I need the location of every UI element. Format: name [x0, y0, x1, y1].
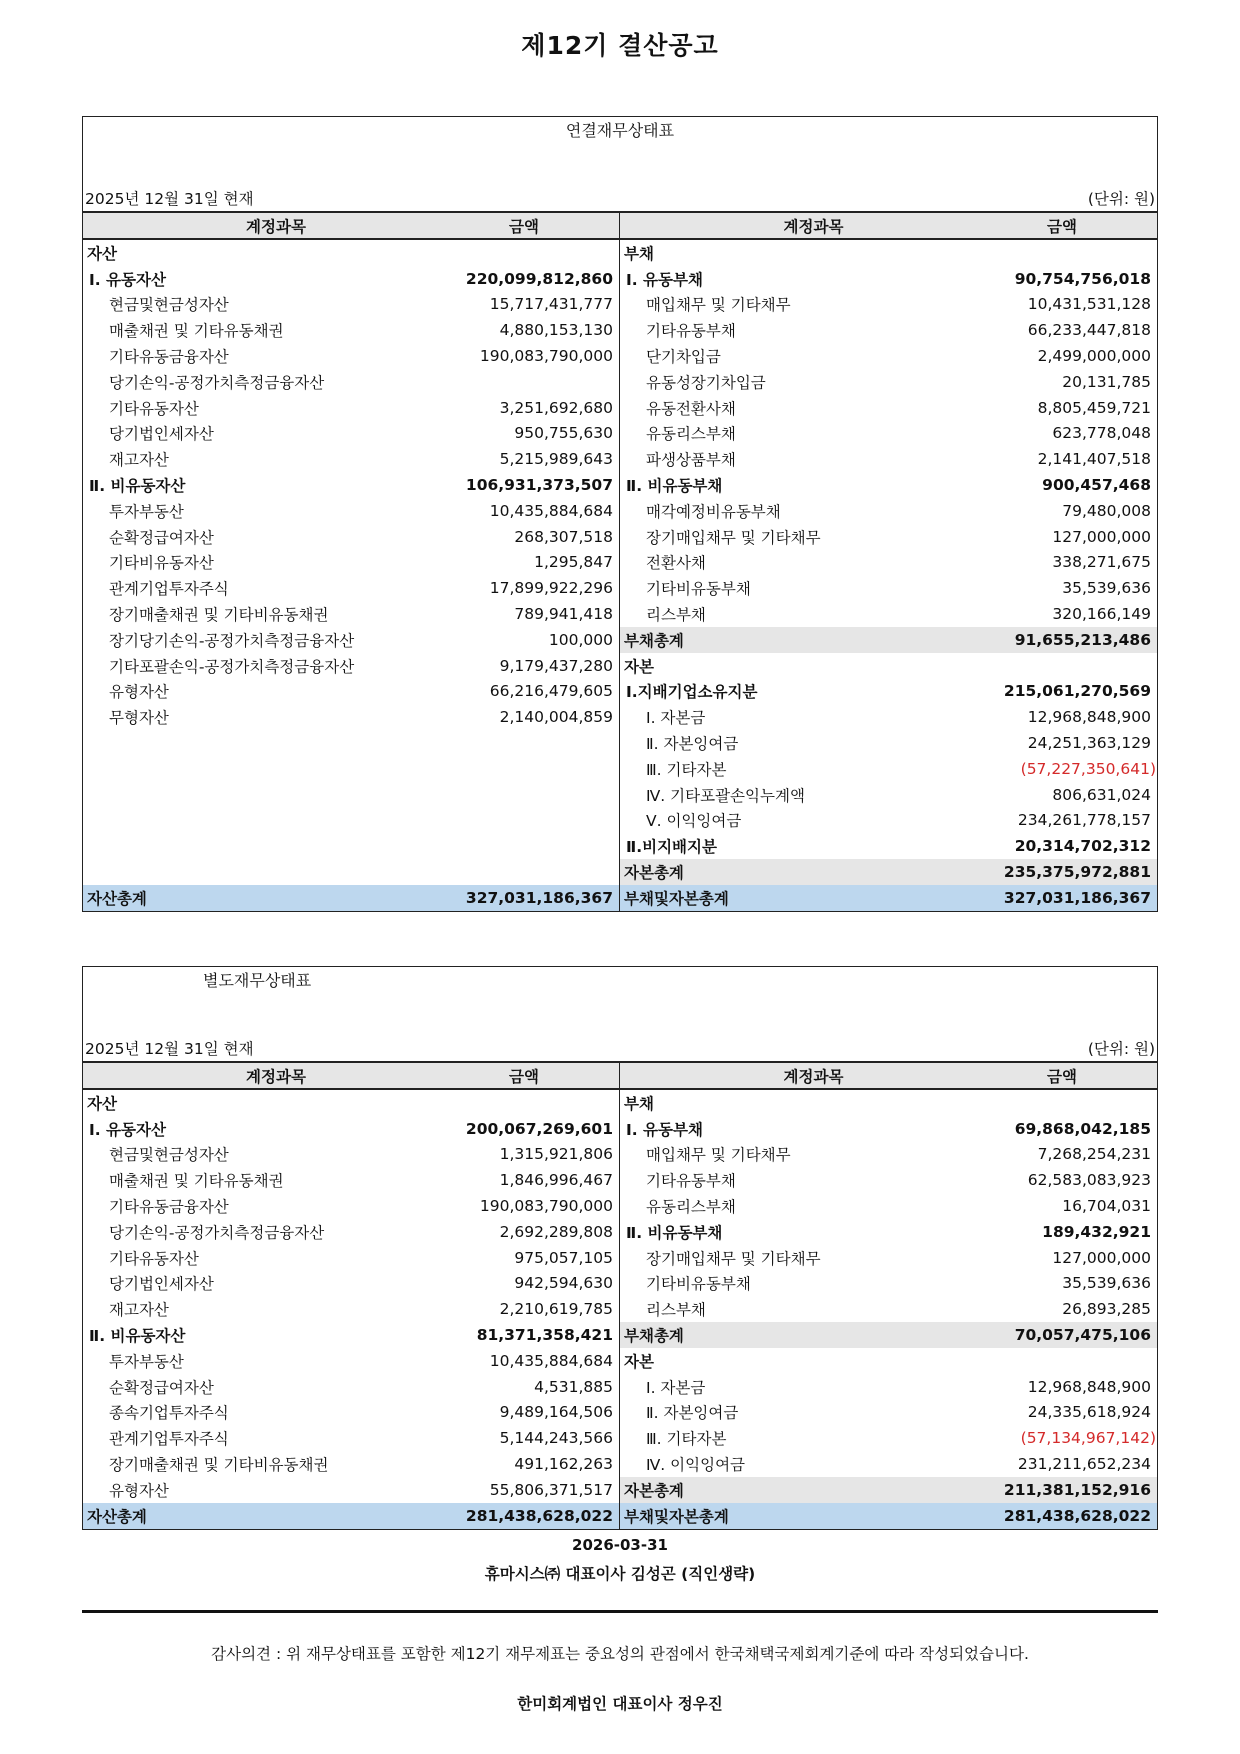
- liabilities-equity-column: 계정과목 금액 부채Ⅰ. 유동부채90,754,756,018매입채무 및 기타…: [620, 213, 1157, 911]
- table-row: 기타유동자산3,251,692,680: [83, 395, 619, 421]
- table-row: 전환사채338,271,675: [620, 550, 1157, 576]
- account-name: 당기손익-공정가치측정금융자산: [83, 1221, 413, 1243]
- column-header: 계정과목 금액: [620, 213, 1157, 240]
- table-row: Ⅰ. 자본금12,968,848,900: [620, 704, 1157, 730]
- account-amount: 211,381,152,916: [951, 1481, 1157, 1499]
- table-row: 관계기업투자주식5,144,243,566: [83, 1425, 619, 1451]
- account-amount: 281,438,628,022: [951, 1507, 1157, 1525]
- account-amount: 10,435,884,684: [413, 1352, 619, 1370]
- table-row: 부채: [620, 240, 1157, 266]
- account-name: 관계기업투자주식: [83, 577, 413, 599]
- account-amount: 66,233,447,818: [951, 321, 1157, 339]
- account-amount: 200,067,269,601: [413, 1120, 619, 1138]
- table-row: 당기법인세자산942,594,630: [83, 1271, 619, 1297]
- account-amount: 2,141,407,518: [951, 450, 1157, 468]
- empty-row: [83, 859, 619, 885]
- account-name: 자산: [83, 1092, 413, 1114]
- table-row: 기타유동부채62,583,083,923: [620, 1167, 1157, 1193]
- column-header: 계정과목 금액: [83, 213, 619, 240]
- account-name: 기타비유동부채: [620, 1272, 951, 1294]
- account-name: Ⅱ. 자본잉여금: [620, 732, 951, 754]
- header-amount: 금액: [967, 1065, 1157, 1087]
- account-name: 매입채무 및 기타채무: [620, 293, 951, 315]
- account-name: Ⅱ. 비유동부채: [620, 474, 951, 496]
- account-amount: 220,099,812,860: [413, 270, 619, 288]
- account-name: Ⅰ. 유동부채: [620, 1118, 951, 1140]
- table-row: 파생상품부채2,141,407,518: [620, 446, 1157, 472]
- as-of-date: 2025년 12월 31일 현재: [85, 1037, 254, 1059]
- table-row: 단기차입금2,499,000,000: [620, 343, 1157, 369]
- account-amount: 231,211,652,234: [951, 1455, 1157, 1473]
- table-row: Ⅰ. 유동부채90,754,756,018: [620, 266, 1157, 292]
- table-row: 순확정급여자산268,307,518: [83, 524, 619, 550]
- account-name: 부채: [620, 242, 951, 264]
- subtotal-row: 자본총계211,381,152,916: [620, 1477, 1157, 1503]
- table-row: Ⅱ.비지배지분20,314,702,312: [620, 833, 1157, 859]
- account-amount: 79,480,008: [951, 502, 1157, 520]
- header-amount: 금액: [967, 215, 1157, 237]
- table-row: Ⅰ.지배기업소유지분215,061,270,569: [620, 679, 1157, 705]
- account-name: 관계기업투자주식: [83, 1427, 413, 1449]
- account-name: 전환사채: [620, 551, 951, 573]
- account-name: Ⅲ. 기타자본: [620, 1427, 956, 1449]
- table-row: 기타비유동부채35,539,636: [620, 1271, 1157, 1297]
- account-name: 장기매출채권 및 기타비유동채권: [83, 603, 413, 625]
- table-row: Ⅴ. 이익잉여금234,261,778,157: [620, 808, 1157, 834]
- table-row: Ⅱ. 비유동부채900,457,468: [620, 472, 1157, 498]
- account-name: Ⅱ. 비유동자산: [83, 474, 413, 496]
- divider-rule: [82, 1610, 1158, 1613]
- account-name: 부채총계: [620, 1324, 951, 1346]
- account-name: Ⅰ. 유동자산: [83, 1118, 413, 1140]
- account-amount: 106,931,373,507: [413, 476, 619, 494]
- table-row: 장기당기손익-공정가치측정금융자산100,000: [83, 627, 619, 653]
- liabilities-equity-column: 계정과목 금액 부채Ⅰ. 유동부채69,868,042,185매입채무 및 기타…: [620, 1063, 1157, 1529]
- account-name: 자본: [620, 1350, 951, 1372]
- account-name: 기타유동자산: [83, 397, 413, 419]
- announcement-date: 2026-03-31: [0, 1536, 1240, 1554]
- grand-total-row: 부채및자본총계281,438,628,022: [620, 1503, 1157, 1529]
- assets-column: 계정과목 금액 자산Ⅰ. 유동자산220,099,812,860현금및현금성자산…: [83, 213, 620, 911]
- table-row: 부채: [620, 1090, 1157, 1116]
- table-row: 투자부동산10,435,884,684: [83, 498, 619, 524]
- account-amount: 91,655,213,486: [951, 631, 1157, 649]
- account-name: Ⅰ. 유동자산: [83, 268, 413, 290]
- account-amount: 491,162,263: [413, 1455, 619, 1473]
- account-amount: 8,805,459,721: [951, 399, 1157, 417]
- account-amount: 281,438,628,022: [413, 1507, 619, 1525]
- table-row: 자산: [83, 1090, 619, 1116]
- table-row: 자산: [83, 240, 619, 266]
- account-name: Ⅰ. 자본금: [620, 706, 951, 728]
- account-name: Ⅳ. 이익잉여금: [620, 1453, 951, 1475]
- table-row: Ⅰ. 유동자산200,067,269,601: [83, 1116, 619, 1142]
- page-title: 제12기 결산공고: [0, 26, 1240, 62]
- audit-opinion: 감사의견 : 위 재무상태표를 포함한 제12기 재무제표는 중요성의 관점에서…: [0, 1642, 1240, 1664]
- account-amount: 215,061,270,569: [951, 682, 1157, 700]
- account-name: 자산: [83, 242, 413, 264]
- account-amount: 235,375,972,881: [951, 863, 1157, 881]
- table-row: 리스부채26,893,285: [620, 1296, 1157, 1322]
- account-name: 장기당기손익-공정가치측정금융자산: [83, 629, 413, 651]
- account-amount: (57,134,967,142): [956, 1429, 1157, 1447]
- account-name: Ⅰ. 자본금: [620, 1376, 951, 1398]
- account-amount: 17,899,922,296: [413, 579, 619, 597]
- account-name: 장기매출채권 및 기타비유동채권: [83, 1453, 413, 1475]
- table-row: Ⅱ. 자본잉여금24,335,618,924: [620, 1400, 1157, 1426]
- subtotal-row: 부채총계70,057,475,106: [620, 1322, 1157, 1348]
- auditor-signature: 한미회계법인 대표이사 정우진: [0, 1692, 1240, 1714]
- grand-total-row: 자산총계281,438,628,022: [83, 1503, 619, 1529]
- account-amount: 327,031,186,367: [413, 889, 619, 907]
- account-amount: 24,335,618,924: [951, 1403, 1157, 1421]
- header-account: 계정과목: [83, 1065, 429, 1087]
- table-row: 기타비유동부채35,539,636: [620, 575, 1157, 601]
- account-amount: (57,227,350,641): [956, 760, 1157, 778]
- account-name: 장기매입채무 및 기타채무: [620, 1247, 951, 1269]
- account-amount: 127,000,000: [951, 528, 1157, 546]
- account-amount: 327,031,186,367: [951, 889, 1157, 907]
- account-amount: 189,432,921: [951, 1223, 1157, 1241]
- table-row: Ⅳ. 이익잉여금231,211,652,234: [620, 1451, 1157, 1477]
- table-row: 기타포괄손익-공정가치측정금융자산9,179,437,280: [83, 653, 619, 679]
- account-name: 유동리스부채: [620, 422, 951, 444]
- account-amount: 100,000: [413, 631, 619, 649]
- table-row: 관계기업투자주식17,899,922,296: [83, 575, 619, 601]
- account-name: 종속기업투자주식: [83, 1401, 413, 1423]
- account-name: 기타유동자산: [83, 1247, 413, 1269]
- grand-total-row: 자산총계327,031,186,367: [83, 885, 619, 911]
- table-row: 현금및현금성자산15,717,431,777: [83, 292, 619, 318]
- account-name: 리스부채: [620, 1298, 951, 1320]
- account-amount: 15,717,431,777: [413, 295, 619, 313]
- assets-column: 계정과목 금액 자산Ⅰ. 유동자산200,067,269,601현금및현금성자산…: [83, 1063, 620, 1529]
- account-name: 자본: [620, 655, 951, 677]
- account-amount: 12,968,848,900: [951, 708, 1157, 726]
- account-name: Ⅳ. 기타포괄손익누계액: [620, 784, 951, 806]
- table-row: 매출채권 및 기타유동채권1,846,996,467: [83, 1167, 619, 1193]
- account-amount: 806,631,024: [951, 786, 1157, 804]
- account-name: 매출채권 및 기타유동채권: [83, 319, 413, 341]
- account-name: 순확정급여자산: [83, 526, 413, 548]
- table-row: Ⅱ. 비유동자산81,371,358,421: [83, 1322, 619, 1348]
- account-amount: 4,880,153,130: [413, 321, 619, 339]
- account-name: 기타비유동자산: [83, 551, 413, 573]
- subtotal-row: 부채총계91,655,213,486: [620, 627, 1157, 653]
- account-amount: 234,261,778,157: [951, 811, 1157, 829]
- empty-row: [83, 808, 619, 834]
- table-row: 기타비유동자산1,295,847: [83, 550, 619, 576]
- table-row: 투자부동산10,435,884,684: [83, 1348, 619, 1374]
- table-row: 장기매출채권 및 기타비유동채권491,162,263: [83, 1451, 619, 1477]
- account-name: 부채및자본총계: [620, 887, 951, 909]
- table-row: 기타유동자산975,057,105: [83, 1245, 619, 1271]
- account-amount: 190,083,790,000: [413, 1197, 619, 1215]
- table-row: 재고자산5,215,989,643: [83, 446, 619, 472]
- table-row: 재고자산2,210,619,785: [83, 1296, 619, 1322]
- account-amount: 2,210,619,785: [413, 1300, 619, 1318]
- table-row: 매출채권 및 기타유동채권4,880,153,130: [83, 317, 619, 343]
- account-amount: 338,271,675: [951, 553, 1157, 571]
- account-amount: 26,893,285: [951, 1300, 1157, 1318]
- account-amount: 35,539,636: [951, 1274, 1157, 1292]
- account-amount: 3,251,692,680: [413, 399, 619, 417]
- account-name: Ⅱ. 비유동자산: [83, 1324, 413, 1346]
- table-row: 유형자산66,216,479,605: [83, 679, 619, 705]
- company-representative: 휴마시스㈜ 대표이사 김성곤 (직인생략): [0, 1562, 1240, 1584]
- account-amount: 16,704,031: [951, 1197, 1157, 1215]
- account-name: 부채: [620, 1092, 951, 1114]
- account-name: 현금및현금성자산: [83, 1143, 413, 1165]
- account-name: 매출채권 및 기타유동채권: [83, 1169, 413, 1191]
- account-amount: 70,057,475,106: [951, 1326, 1157, 1344]
- account-amount: 10,431,531,128: [951, 295, 1157, 313]
- account-amount: 127,000,000: [951, 1249, 1157, 1267]
- account-name: 유형자산: [83, 1479, 413, 1501]
- grand-total-row: 부채및자본총계327,031,186,367: [620, 885, 1157, 911]
- table-row: 기타유동금융자산190,083,790,000: [83, 343, 619, 369]
- account-name: 당기법인세자산: [83, 422, 413, 444]
- account-amount: 20,131,785: [951, 373, 1157, 391]
- account-name: Ⅰ.지배기업소유지분: [620, 680, 951, 702]
- account-name: 부채총계: [620, 629, 951, 651]
- account-amount: 90,754,756,018: [951, 270, 1157, 288]
- account-amount: 12,968,848,900: [951, 1378, 1157, 1396]
- account-name: Ⅴ. 이익잉여금: [620, 809, 951, 831]
- date-row: 2025년 12월 31일 현재 (단위: 원): [83, 1029, 1157, 1061]
- account-name: 자본총계: [620, 1479, 951, 1501]
- table-row: 매각예정비유동부채79,480,008: [620, 498, 1157, 524]
- unit-label: (단위: 원): [1088, 187, 1155, 209]
- empty-row: [83, 730, 619, 756]
- account-name: Ⅱ. 자본잉여금: [620, 1401, 951, 1423]
- account-amount: 1,315,921,806: [413, 1145, 619, 1163]
- account-amount: 9,489,164,506: [413, 1403, 619, 1421]
- table-row: 장기매출채권 및 기타비유동채권789,941,418: [83, 601, 619, 627]
- table-row: 종속기업투자주식9,489,164,506: [83, 1400, 619, 1426]
- account-name: 단기차입금: [620, 345, 951, 367]
- subtotal-row: 자본총계235,375,972,881: [620, 859, 1157, 885]
- account-amount: 69,868,042,185: [951, 1120, 1157, 1138]
- account-name: 자산총계: [83, 887, 413, 909]
- account-name: 투자부동산: [83, 500, 413, 522]
- account-name: 자본총계: [620, 861, 951, 883]
- as-of-date: 2025년 12월 31일 현재: [85, 187, 254, 209]
- header-amount: 금액: [429, 215, 619, 237]
- table-row: 당기법인세자산950,755,630: [83, 421, 619, 447]
- table-row: 순확정급여자산4,531,885: [83, 1374, 619, 1400]
- account-amount: 5,144,243,566: [413, 1429, 619, 1447]
- table-row: 유동성장기차입금20,131,785: [620, 369, 1157, 395]
- account-name: 무형자산: [83, 706, 413, 728]
- account-amount: 942,594,630: [413, 1274, 619, 1292]
- table-row: 자본: [620, 1348, 1157, 1374]
- empty-row: [83, 756, 619, 782]
- account-name: Ⅱ.비지배지분: [620, 835, 951, 857]
- account-name: 매각예정비유동부채: [620, 500, 951, 522]
- account-name: 현금및현금성자산: [83, 293, 413, 315]
- account-name: 유동성장기차입금: [620, 371, 951, 393]
- account-name: 매입채무 및 기타채무: [620, 1143, 951, 1165]
- account-name: 자산총계: [83, 1505, 413, 1527]
- account-amount: 62,583,083,923: [951, 1171, 1157, 1189]
- table-row: 장기매입채무 및 기타채무127,000,000: [620, 524, 1157, 550]
- account-name: 기타유동부채: [620, 1169, 951, 1191]
- consolidated-balance-sheet: 연결재무상태표 2025년 12월 31일 현재 (단위: 원) 계정과목 금액…: [82, 116, 1158, 912]
- table-row: 당기손익-공정가치측정금융자산2,692,289,808: [83, 1219, 619, 1245]
- account-name: 부채및자본총계: [620, 1505, 951, 1527]
- table-row: Ⅱ. 자본잉여금24,251,363,129: [620, 730, 1157, 756]
- account-amount: 789,941,418: [413, 605, 619, 623]
- empty-row: [83, 833, 619, 859]
- table-row: Ⅱ. 비유동부채189,432,921: [620, 1219, 1157, 1245]
- header-account: 계정과목: [83, 215, 429, 237]
- account-name: 장기매입채무 및 기타채무: [620, 526, 951, 548]
- account-amount: 2,499,000,000: [951, 347, 1157, 365]
- account-name: 유형자산: [83, 680, 413, 702]
- account-name: Ⅲ. 기타자본: [620, 758, 956, 780]
- table-row: 매입채무 및 기타채무7,268,254,231: [620, 1142, 1157, 1168]
- account-name: 기타유동금융자산: [83, 1195, 413, 1217]
- account-amount: 9,179,437,280: [413, 657, 619, 675]
- table-row: 당기손익-공정가치측정금융자산: [83, 369, 619, 395]
- account-amount: 24,251,363,129: [951, 734, 1157, 752]
- column-header: 계정과목 금액: [83, 1063, 619, 1090]
- account-amount: 2,140,004,859: [413, 708, 619, 726]
- account-name: 기타포괄손익-공정가치측정금융자산: [83, 655, 413, 677]
- table-row: 매입채무 및 기타채무10,431,531,128: [620, 292, 1157, 318]
- account-name: 당기법인세자산: [83, 1272, 413, 1294]
- table-row: Ⅰ. 유동부채69,868,042,185: [620, 1116, 1157, 1142]
- table-row: 기타유동부채66,233,447,818: [620, 317, 1157, 343]
- table-row: 장기매입채무 및 기타채무127,000,000: [620, 1245, 1157, 1271]
- header-amount: 금액: [429, 1065, 619, 1087]
- table-row: 기타유동금융자산190,083,790,000: [83, 1193, 619, 1219]
- table-row: Ⅳ. 기타포괄손익누계액806,631,024: [620, 782, 1157, 808]
- account-amount: 975,057,105: [413, 1249, 619, 1267]
- column-header: 계정과목 금액: [620, 1063, 1157, 1090]
- table-row: Ⅰ. 자본금12,968,848,900: [620, 1374, 1157, 1400]
- separate-balance-sheet: 별도재무상태표 2025년 12월 31일 현재 (단위: 원) 계정과목 금액…: [82, 966, 1158, 1530]
- account-amount: 2,692,289,808: [413, 1223, 619, 1241]
- table-row: 현금및현금성자산1,315,921,806: [83, 1142, 619, 1168]
- header-account: 계정과목: [620, 1065, 967, 1087]
- account-name: 유동리스부채: [620, 1195, 951, 1217]
- account-name: 기타비유동부채: [620, 577, 951, 599]
- table-row: 유형자산55,806,371,517: [83, 1477, 619, 1503]
- account-amount: 66,216,479,605: [413, 682, 619, 700]
- table-row: 자본: [620, 653, 1157, 679]
- table-row: 유동리스부채16,704,031: [620, 1193, 1157, 1219]
- account-amount: 1,846,996,467: [413, 1171, 619, 1189]
- account-amount: 268,307,518: [413, 528, 619, 546]
- date-row: 2025년 12월 31일 현재 (단위: 원): [83, 179, 1157, 211]
- account-amount: 55,806,371,517: [413, 1481, 619, 1499]
- account-name: 순확정급여자산: [83, 1376, 413, 1398]
- account-amount: 900,457,468: [951, 476, 1157, 494]
- table-row: 유동전환사채8,805,459,721: [620, 395, 1157, 421]
- account-name: Ⅱ. 비유동부채: [620, 1221, 951, 1243]
- account-amount: 950,755,630: [413, 424, 619, 442]
- account-amount: 4,531,885: [413, 1378, 619, 1396]
- account-name: 당기손익-공정가치측정금융자산: [83, 371, 413, 393]
- empty-row: [83, 782, 619, 808]
- account-name: 투자부동산: [83, 1350, 413, 1372]
- account-amount: 35,539,636: [951, 579, 1157, 597]
- account-amount: 20,314,702,312: [951, 837, 1157, 855]
- table-row: 무형자산2,140,004,859: [83, 704, 619, 730]
- account-amount: 5,215,989,643: [413, 450, 619, 468]
- account-name: 리스부채: [620, 603, 951, 625]
- account-amount: 1,295,847: [413, 553, 619, 571]
- account-name: 재고자산: [83, 448, 413, 470]
- unit-label: (단위: 원): [1088, 1037, 1155, 1059]
- table-row: Ⅱ. 비유동자산106,931,373,507: [83, 472, 619, 498]
- account-amount: 623,778,048: [951, 424, 1157, 442]
- account-amount: 81,371,358,421: [413, 1326, 619, 1344]
- table-row: 리스부채320,166,149: [620, 601, 1157, 627]
- header-account: 계정과목: [620, 215, 967, 237]
- account-amount: 7,268,254,231: [951, 1145, 1157, 1163]
- account-name: 기타유동금융자산: [83, 345, 413, 367]
- account-name: 유동전환사채: [620, 397, 951, 419]
- account-name: 재고자산: [83, 1298, 413, 1320]
- table-row: Ⅲ. 기타자본(57,227,350,641): [620, 756, 1157, 782]
- account-name: Ⅰ. 유동부채: [620, 268, 951, 290]
- account-name: 파생상품부채: [620, 448, 951, 470]
- account-amount: 10,435,884,684: [413, 502, 619, 520]
- sheet-title: 연결재무상태표: [83, 117, 1157, 153]
- sheet-title: 별도재무상태표: [83, 967, 1157, 1003]
- account-name: 기타유동부채: [620, 319, 951, 341]
- table-row: Ⅲ. 기타자본(57,134,967,142): [620, 1425, 1157, 1451]
- table-row: 유동리스부채623,778,048: [620, 421, 1157, 447]
- account-amount: 320,166,149: [951, 605, 1157, 623]
- account-amount: 190,083,790,000: [413, 347, 619, 365]
- table-row: Ⅰ. 유동자산220,099,812,860: [83, 266, 619, 292]
